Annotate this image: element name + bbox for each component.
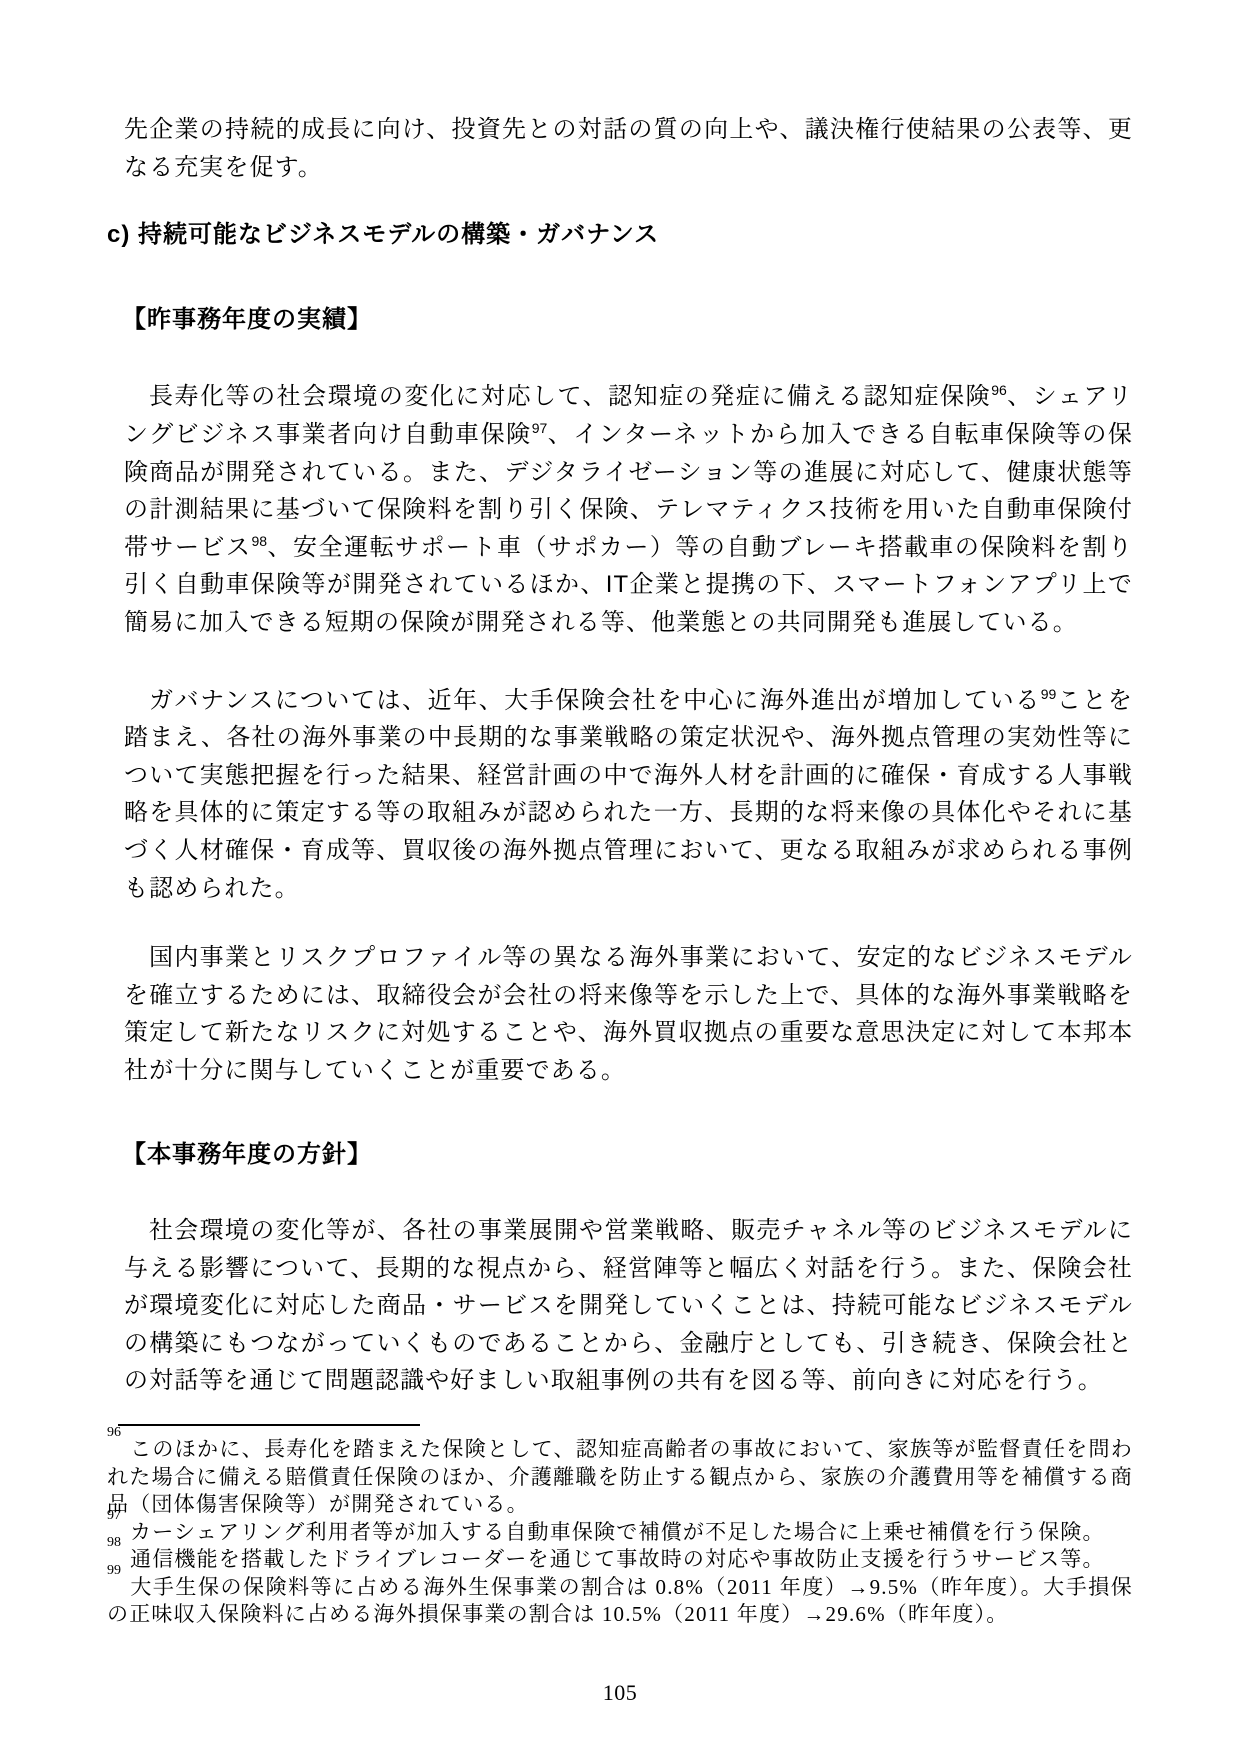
footnote-ref-99: 99 (1041, 686, 1057, 702)
paragraph-governance-overseas-expansion: ガバナンスについては、近年、大手保険会社を中心に海外進出が増加している99ことを… (124, 682, 1133, 908)
text-run: ガバナンスについては、近年、大手保険会社を中心に海外進出が増加している (149, 687, 1041, 714)
heading-this-year-policy: 【本事務年度の方針】 (122, 1136, 1133, 1174)
heading-last-year-results: 【昨事務年度の実績】 (122, 301, 1133, 339)
footnote-text: カーシェアリング利用者等が加入する自動車保険で補償が不足した場合に上乗せ補償を行… (130, 1520, 1105, 1544)
footnote-marker-97: 97 (107, 1508, 121, 1523)
paragraph-insurance-product-development: 長寿化等の社会環境の変化に対応して、認知症の発症に備える認知症保険96、シェアリ… (124, 378, 1133, 641)
footnote-separator (118, 1424, 420, 1426)
footnote-96: 96このほかに、長寿化を踏まえた保険として、認知症高齢者の事故において、家族等が… (107, 1436, 1133, 1519)
paragraph-this-year-dialogue-policy: 社会環境の変化等が、各社の事業展開や営業戦略、販売チャネル等のビジネスモデルに与… (124, 1212, 1133, 1400)
text-run: 長寿化等の社会環境の変化に対応して、認知症の発症に備える認知症保険 (149, 383, 991, 410)
footnote-ref-98: 98 (252, 533, 268, 549)
footnote-ref-96: 96 (991, 382, 1007, 398)
footnote-text: 大手生保の保険料等に占める海外生保事業の割合は 0.8%（2011 年度）→9.… (107, 1575, 1133, 1627)
footnote-text: 通信機能を搭載したドライブレコーダーを通じて事故時の対応や事故防止支援を行うサー… (130, 1547, 1105, 1571)
footnote-marker-99: 99 (107, 1563, 121, 1578)
heading-sustainable-business-model-governance: c) 持続可能なビジネスモデルの構築・ガバナンス (107, 216, 1133, 254)
footnote-97: 97カーシェアリング利用者等が加入する自動車保険で補償が不足した場合に上乗せ補償… (107, 1519, 1133, 1547)
text-run: 、安全運転サポート車（サポカー）等の自動ブレーキ搭載車の保険料を割り引く自動車保… (124, 534, 1133, 636)
footnote-marker-96: 96 (107, 1425, 121, 1440)
footnote-text: このほかに、長寿化を踏まえた保険として、認知症高齢者の事故において、家族等が監督… (107, 1437, 1133, 1516)
footnote-ref-97: 97 (532, 420, 548, 436)
footnote-99: 99大手生保の保険料等に占める海外生保事業の割合は 0.8%（2011 年度）→… (107, 1574, 1133, 1629)
footnote-98: 98通信機能を搭載したドライブレコーダーを通じて事故時の対応や事故防止支援を行う… (107, 1546, 1133, 1574)
footnote-area: 96このほかに、長寿化を踏まえた保険として、認知症高齢者の事故において、家族等が… (107, 1424, 1133, 1629)
section-last-program-year: 【昨事務年度の実績】 長寿化等の社会環境の変化に対応して、認知症の発症に備える認… (107, 301, 1133, 1090)
page-number: 105 (0, 1680, 1240, 1706)
section-this-program-year: 【本事務年度の方針】 社会環境の変化等が、各社の事業展開や営業戦略、販売チャネル… (107, 1136, 1133, 1400)
footnote-marker-98: 98 (107, 1535, 121, 1550)
paragraph-continuation: 先企業の持続的成長に向け、投資先との対話の質の向上や、議決権行使結果の公表等、更… (124, 111, 1133, 186)
footnote-list: 96このほかに、長寿化を踏まえた保険として、認知症高齢者の事故において、家族等が… (107, 1436, 1133, 1629)
document-page: 先企業の持続的成長に向け、投資先との対話の質の向上や、議決権行使結果の公表等、更… (0, 0, 1240, 1755)
text-run: ことを踏まえ、各社の海外事業の中長期的な事業戦略の策定状況や、海外拠点管理の実効… (124, 687, 1133, 902)
page-content: 先企業の持続的成長に向け、投資先との対話の質の向上や、議決権行使結果の公表等、更… (107, 111, 1133, 1400)
paragraph-domestic-vs-overseas-business: 国内事業とリスクプロファイル等の異なる海外事業において、安定的なビジネスモデルを… (124, 939, 1133, 1089)
